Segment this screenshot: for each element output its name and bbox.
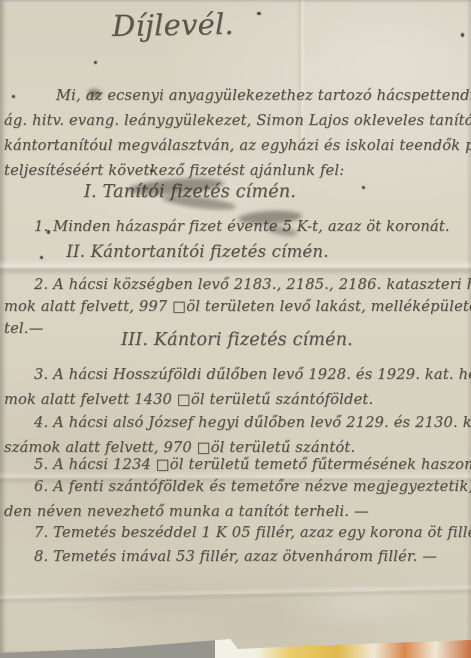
item-line: 3. A hácsi Hosszúföldi dűlőben levő 1928… [4, 362, 469, 387]
intro-line: ág. hitv. evang. leánygyülekezet, Simon … [4, 108, 469, 133]
intro-line: kántortanítóul megválasztván, az egyházi… [4, 133, 469, 158]
section-heading-3: III. Kántori fizetés címén. [87, 330, 387, 350]
section-heading-2: II. Kántortanítói fizetés címén. [55, 242, 340, 261]
section-heading-1: I. Tanítói fizetés címén. [55, 182, 325, 202]
item-line: 8. Temetés imával 53 fillér, azaz ötvenh… [4, 544, 469, 569]
ink-speck [461, 33, 464, 37]
item-line: mok alatt felvett 1430 □öl területű szán… [4, 387, 469, 412]
item-3: 3. A hácsi Hosszúföldi dűlőben levő 1928… [4, 362, 469, 412]
intro-line: Mi, az ecsenyi anyagyülekezethez tartozó… [4, 83, 469, 108]
item-line: 4. A hácsi alsó József hegyi dűlőben lev… [4, 410, 469, 435]
ink-speck [362, 186, 365, 189]
ink-speck [94, 61, 97, 64]
paper-wrinkle [40, 560, 240, 630]
ink-speck [40, 256, 43, 259]
document-title: Díjlevél. [112, 7, 234, 43]
paper-wrinkle [280, 580, 440, 630]
item-line: 6. A fenti szántóföldek és temetőre nézv… [4, 474, 469, 499]
ink-speck [257, 12, 261, 15]
item-1: 1. Minden házaspár fizet évente 5 K-t, a… [4, 214, 469, 239]
intro-paragraph: Mi, az ecsenyi anyagyülekezethez tartozó… [4, 83, 469, 183]
intro-line: teljesítéséért következő fizetést ajánlu… [4, 158, 469, 183]
item-line: mok alatt felvett, 997 □öl területen lev… [4, 296, 469, 318]
item-line: 7. Temetés beszéddel 1 K 05 fillér, azaz… [4, 520, 469, 545]
item-line: 2. A hácsi községben levő 2183., 2185., … [4, 274, 469, 296]
item-6: 6. A fenti szántóföldek és temetőre nézv… [4, 474, 469, 524]
item-line: 1. Minden házaspár fizet évente 5 K-t, a… [4, 214, 469, 239]
paper-crease-horizontal [0, 583, 471, 605]
item-7: 7. Temetés beszéddel 1 K 05 fillér, azaz… [4, 520, 469, 545]
item-8: 8. Temetés imával 53 fillér, azaz ötvenh… [4, 544, 469, 569]
paper: Díjlevél. Mi, az ecsenyi anyagyülekezeth… [0, 0, 471, 654]
